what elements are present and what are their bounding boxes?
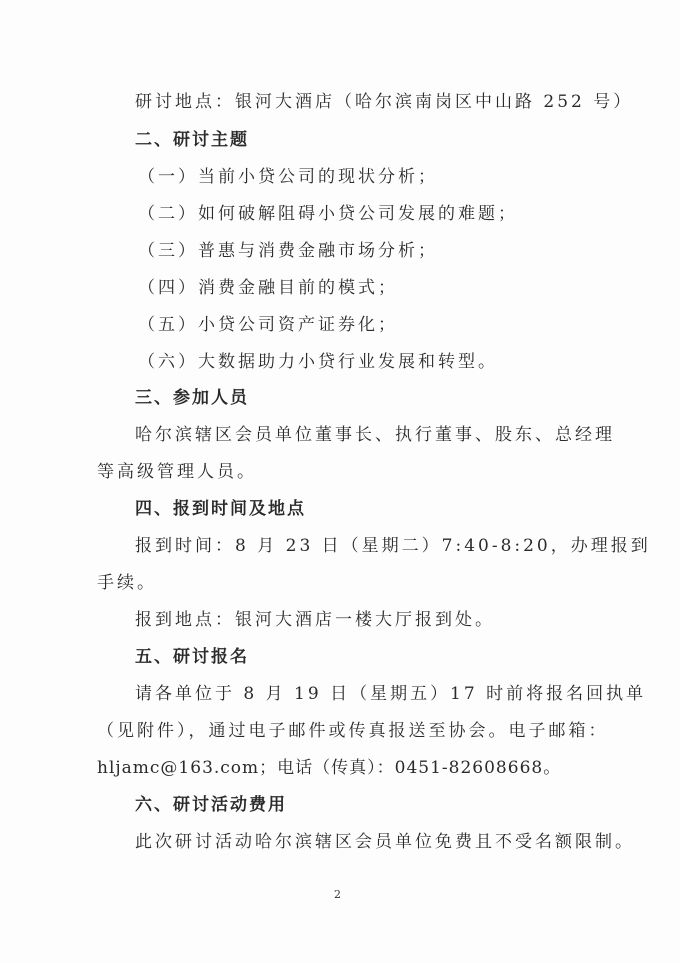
section-heading-registration-time: 四、报到时间及地点: [135, 499, 306, 519]
signup-text: 请各单位于 8 月 19 日（星期五）17 时前将报名回执单: [135, 684, 646, 704]
venue-line: 研讨地点：银河大酒店（哈尔滨南岗区中山路 252 号）: [135, 92, 633, 112]
section-heading-signup: 五、研讨报名: [135, 647, 249, 667]
section-heading-topics: 二、研讨主题: [135, 130, 249, 150]
registration-time-text: 手续。: [97, 573, 157, 593]
page-number: 2: [334, 888, 341, 901]
signup-contact-text: hljamc@163.com；电话（传真）：0451-82608668。: [97, 758, 561, 778]
section-heading-participants: 三、参加人员: [135, 388, 249, 408]
topic-item: （六）大数据助力小贷行业发展和转型。: [138, 352, 498, 372]
document-page: 研讨地点：银河大酒店（哈尔滨南岗区中山路 252 号） 二、研讨主题 （一）当前…: [0, 0, 680, 963]
participants-text: 等高级管理人员。: [97, 462, 257, 482]
section-heading-fees: 六、研讨活动费用: [135, 795, 287, 815]
registration-time-text: 报到时间：8 月 23 日（星期二）7:40-8:20，办理报到: [135, 536, 651, 556]
topic-item: （一）当前小贷公司的现状分析；: [138, 167, 438, 187]
signup-text: （见附件），通过电子邮件或传真报送至协会。电子邮箱：: [97, 721, 609, 741]
fees-text: 此次研讨活动哈尔滨辖区会员单位免费且不受名额限制。: [135, 832, 635, 852]
participants-text: 哈尔滨辖区会员单位董事长、执行董事、股东、总经理: [135, 425, 615, 445]
topic-item: （四）消费金融目前的模式；: [138, 278, 398, 298]
topic-item: （五）小贷公司资产证券化；: [138, 315, 398, 335]
topic-item: （三）普惠与消费金融市场分析；: [138, 241, 438, 261]
registration-place-text: 报到地点：银河大酒店一楼大厅报到处。: [135, 610, 495, 630]
topic-item: （二）如何破解阻碍小贷公司发展的难题；: [138, 204, 518, 224]
